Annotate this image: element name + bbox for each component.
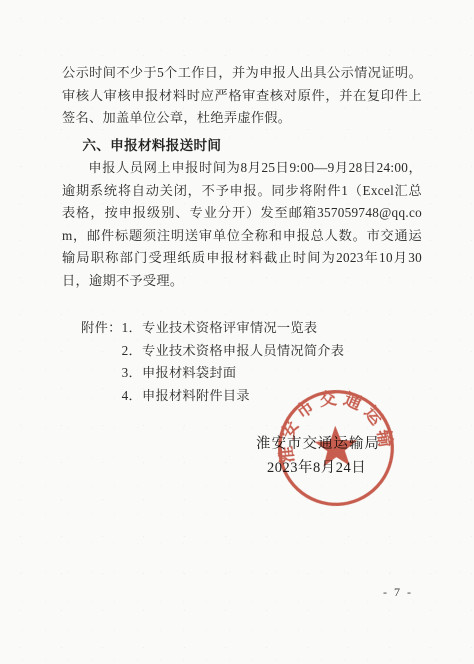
attachment-item: 2．专业技术资格申报人员情况简介表 — [122, 340, 422, 363]
document-body: 公示时间不少于5个工作日，并为申报人出具公示情况证明。审核人审核申报材料时应严格… — [62, 62, 422, 407]
attachment-item: 1．专业技术资格评审情况一览表 — [122, 317, 422, 340]
section-heading: 六、申报材料报送时间 — [62, 135, 422, 158]
document-page: 公示时间不少于5个工作日，并为申报人出具公示情况证明。审核人审核申报材料时应严格… — [0, 0, 474, 664]
attachment-item: 3．申报材料袋封面 — [122, 362, 422, 385]
paragraph-continuation: 公示时间不少于5个工作日，并为申报人出具公示情况证明。审核人审核申报材料时应严格… — [62, 62, 422, 130]
official-seal: 淮安市交通运输局 — [273, 385, 399, 511]
attachments-label: 附件： — [81, 317, 121, 407]
section-paragraph: 申报人员网上申报时间为8月25日9:00—9月28日24:00，逾期系统将自动关… — [62, 157, 422, 292]
page-number: - 7 - — [383, 585, 413, 600]
seal-star-icon — [314, 425, 358, 467]
